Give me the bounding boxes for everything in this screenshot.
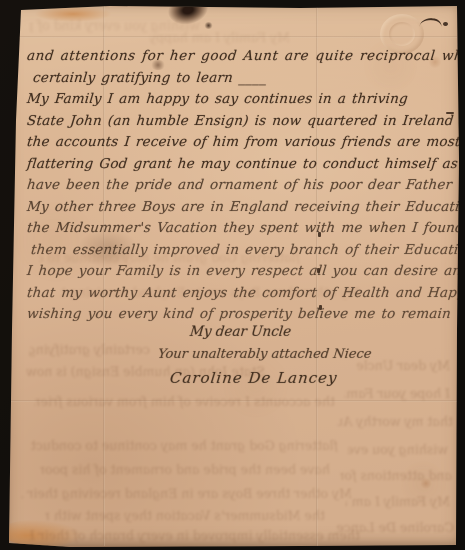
letter-body-line: flattering God grant he may continue to …: [26, 154, 456, 176]
closing-valediction: Your unalterably attached Niece: [157, 347, 372, 362]
letter-body-line: I hope your Family is in every respect a…: [26, 261, 456, 283]
bleed-through-text: I hope your Family is in every respect a…: [344, 386, 451, 401]
letter-body-line: have been the pride and ornament of his …: [26, 175, 456, 197]
letter-body-line: them essentially improved in every branc…: [26, 240, 456, 262]
letter-body-line: and attentions for her good Aunt are qui…: [26, 46, 456, 68]
bleed-through-text: wishing you every kind of prosperity bel…: [347, 442, 449, 457]
letter-body-line: the Midsummer's Vacation they spent with…: [26, 218, 456, 240]
bleed-through-text: flattering God grant he may continue to …: [27, 438, 339, 453]
bleed-through-text: have been the pride and ornament of his …: [39, 462, 331, 477]
letter-body-line: certainly gratifying to learn ____: [26, 68, 456, 90]
letter-paper: wishing you every kind of prosperity bel…: [0, 0, 465, 550]
signature: Caroline De Lancey: [169, 369, 338, 387]
bleed-through-text: wishing you every kind of prosperity bel…: [29, 18, 201, 33]
bleed-through-text: them essentially improved in every branc…: [29, 528, 361, 543]
closing-salutation: My dear Uncle: [189, 324, 292, 340]
bleed-through-text: My Family I am happy to say continues in…: [345, 494, 451, 509]
ink-blot: [166, 0, 211, 28]
ink-speck: [204, 22, 213, 29]
foxing-spot-right-bottom: [420, 478, 432, 489]
letter-body-line: that my worthy Aunt enjoys the comfort o…: [26, 283, 456, 305]
letter-body-line: State John (an humble Ensign) is now qua…: [26, 111, 456, 133]
letter-body-line: the accounts I receive of him from vario…: [26, 132, 456, 154]
letter-body-line: My Family I am happy to say continues in…: [26, 89, 456, 111]
photo-backdrop: wishing you every kind of prosperity bel…: [0, 0, 465, 550]
letter-body-line: My other three Boys are in England recei…: [26, 197, 456, 219]
letter-body: and attentions for her good Aunt are qui…: [27, 46, 455, 326]
embossed-seal-inner: [389, 22, 415, 46]
fold-crease-horizontal-bottom: [10, 400, 457, 402]
bleed-through-text: Caroline De Lancey: [335, 520, 455, 535]
bleed-through-text: certainly gratifying to learn ____: [29, 342, 151, 357]
ink-dot: [443, 22, 448, 26]
bleed-through-text: that my worthy Aunt enjoys the comfort o…: [337, 414, 454, 429]
letter-body-line: wishing you every kind of prosperity bel…: [26, 304, 456, 326]
bleed-through-text: and attentions for her good Aunt are qui…: [339, 468, 453, 483]
stain-bottom-left: [4, 520, 82, 546]
bleed-through-text: the Midsummer's Vacation they spent with…: [44, 508, 326, 523]
bleed-through-text: My other three Boys are in England recei…: [21, 486, 353, 501]
stain-top-left: [34, 6, 112, 22]
